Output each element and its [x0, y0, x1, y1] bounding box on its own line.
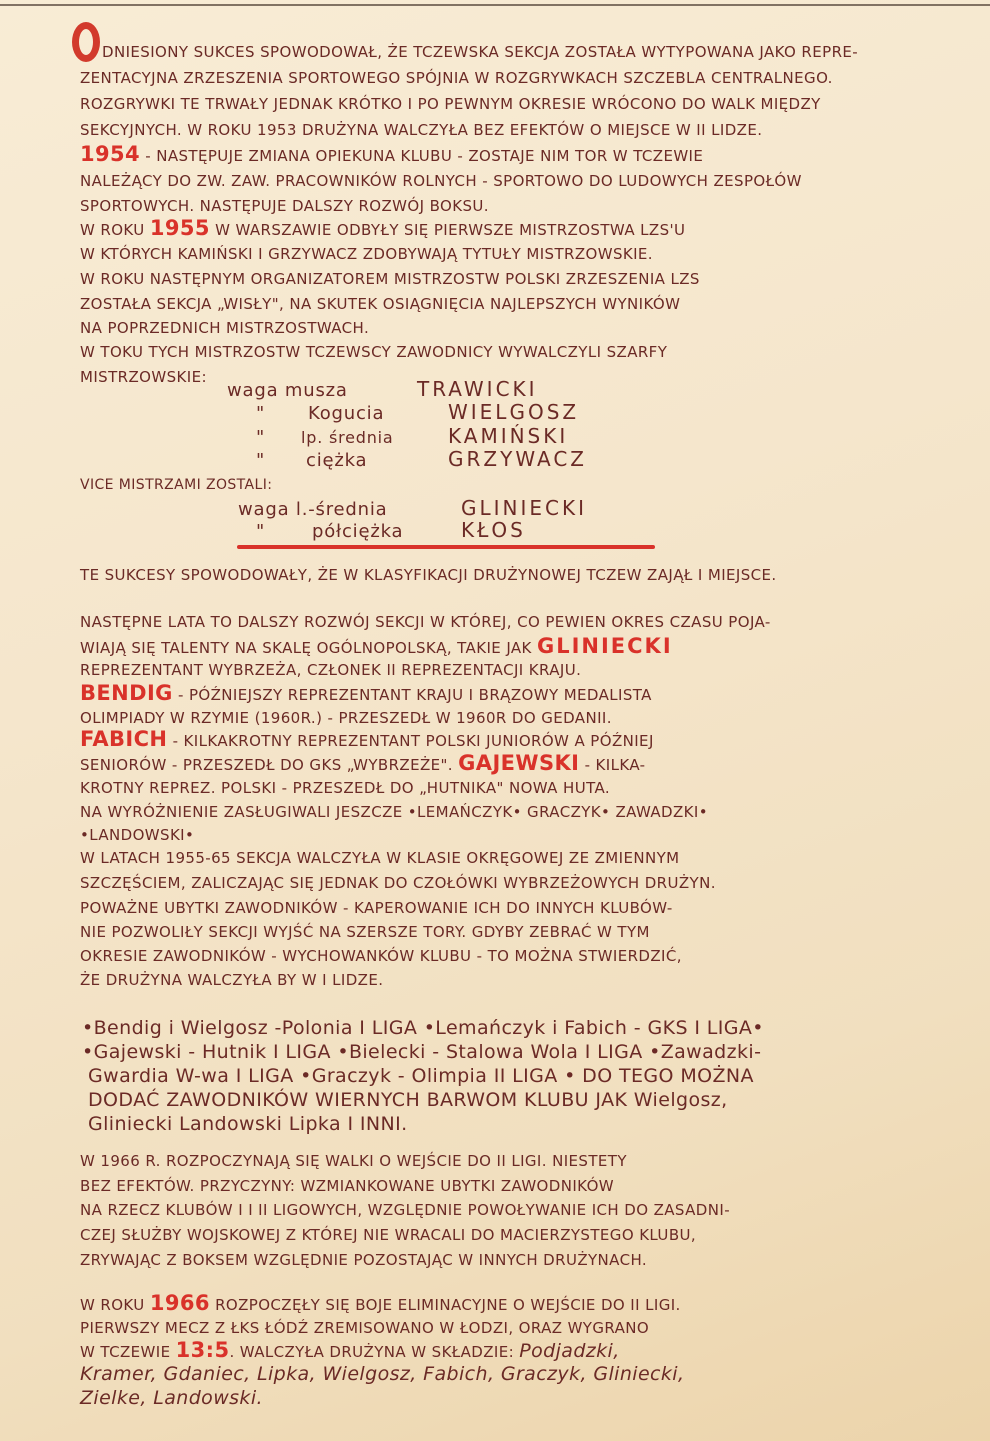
champion-row: "ciężkaGRZYWACZ: [256, 447, 587, 471]
para8-line2: BEZ EFEKTÓW. PRZYCZYNY: WZMIANKOWANE UBY…: [80, 1176, 614, 1196]
boxer-name: KŁOS: [461, 518, 526, 542]
year-1954: 1954: [80, 142, 140, 166]
para3-line1: W ROKU 1955 W WARSZAWIE ODBYŁY SIĘ PIERW…: [80, 218, 685, 240]
para5-text: - PÓŹNIEJSZY REPREZENTANT KRAJU I BRĄZOW…: [178, 686, 652, 704]
para5-line5: OLIMPIADY W RZYMIE (1960R.) - PRZESZEDŁ …: [80, 708, 612, 728]
para9-text: . WALCZYŁA DRUŻYNA W SKŁADZIE:: [229, 1343, 514, 1361]
para5-line2: WIAJĄ SIĘ TALENTY NA SKALĘ OGÓLNOPOLSKĄ,…: [80, 636, 673, 658]
champion-row: "lp. średniaKAMIŃSKI: [256, 424, 568, 448]
para4: TE SUKCESY SPOWODOWAŁY, ŻE W KLASYFIKACJ…: [80, 565, 777, 585]
vice-champion-row: waga l.-średniaGLINIECKI: [238, 496, 587, 520]
para7-line3: Gwardia W-wa I LIGA •Graczyk - Olimpia I…: [88, 1066, 754, 1086]
document-page: DNIESIONY SUKCES SPOWODOWAŁ, ŻE TCZEWSKA…: [0, 0, 990, 1441]
boxer-name: TRAWICKI: [417, 377, 538, 401]
para8-line1: W 1966 R. ROZPOCZYNAJĄ SIĘ WALKI O WEJŚC…: [80, 1151, 627, 1171]
year-1966: 1966: [150, 1291, 210, 1315]
para9-line3: W TCZEWIE 13:5. WALCZYŁA DRUŻYNA W SKŁAD…: [80, 1340, 620, 1362]
para2-text: - NASTĘPUJE ZMIANA OPIEKUNA KLUBU - ZOST…: [145, 147, 703, 165]
para9-line4: Kramer, Gdaniec, Lipka, Wielgosz, Fabich…: [80, 1364, 684, 1384]
year-1955: 1955: [150, 216, 210, 240]
para3-text: W WARSZAWIE ODBYŁY SIĘ PIERWSZE MISTRZOS…: [215, 221, 685, 239]
para1-line1: DNIESIONY SUKCES SPOWODOWAŁ, ŻE TCZEWSKA…: [102, 42, 858, 62]
para8-line4: CZEJ SŁUŻBY WOJSKOWEJ Z KTÓREJ NIE WRACA…: [80, 1225, 696, 1245]
dropcap-o: [72, 22, 100, 62]
weight-class: waga musza: [227, 380, 417, 401]
para2-line3: SPORTOWYCH. NASTĘPUJE DALSZY ROZWÓJ BOKS…: [80, 196, 489, 216]
para5-line8: KROTNY REPREZ. POLSKI - PRZESZEDŁ DO „HU…: [80, 778, 610, 798]
ditto-mark: ": [256, 521, 312, 542]
para2-line2: NALEŻĄCY DO Zw. Zaw. Pracowników Rolnych…: [80, 171, 802, 191]
para9-line2: PIERWSZY MECZ Z ŁKS ŁÓDŹ ZREMISOWANO W Ł…: [80, 1318, 649, 1338]
boxer-name: WIELGOSZ: [448, 400, 579, 424]
squad-names: Podjadzki,: [519, 1340, 619, 1362]
para7-line5: Gliniecki Landowski Lipka I INNI.: [88, 1114, 408, 1134]
para1-line3: ROZGRYWKI TE TRWAŁY JEDNAK KRÓTKO I PO P…: [80, 94, 821, 114]
champion-row: "KoguciaWIELGOSZ: [256, 400, 579, 424]
para3-line2: W KTÓRYCH KAMIŃSKI I GRZYWACZ ZDOBYWAJĄ …: [80, 244, 653, 264]
weight-class: ciężka: [306, 450, 448, 471]
para1-line4: SEKCYJNYCH. W ROKU 1953 DRUŻYNA WALCZYŁA…: [80, 120, 762, 140]
para6-line6: ŻE DRUŻYNA WALCZYŁA BY W I LIDZE.: [80, 970, 383, 990]
para8-line3: NA RZECZ KLUBÓW I i II LIGOWYCH, WZGLĘDN…: [80, 1200, 730, 1220]
para5-line3: REPREZENTANT WYBRZEŻA, CZŁONEK II REPREZ…: [80, 660, 581, 680]
page-top-edge: [0, 4, 990, 6]
para6-line1: W LATACH 1955-65 SEKCJA WALCZYŁA W KLASI…: [80, 848, 679, 868]
weight-class: waga l.-średnia: [238, 499, 461, 520]
weight-class: Kogucia: [308, 403, 448, 424]
para7-line2: •Gajewski - Hutnik I LIGA •Bielecki - St…: [82, 1042, 761, 1062]
para9-prefix: W ROKU: [80, 1296, 145, 1314]
para5-line10: •LANDOWSKI•: [80, 825, 194, 845]
boxer-name: GLINIECKI: [461, 496, 587, 520]
red-divider: [237, 545, 655, 549]
para8-line5: ZRYWAJĄC Z BOKSEM WZGLĘDNIE POZOSTAJĄC W…: [80, 1250, 647, 1270]
ditto-mark: ": [256, 450, 306, 471]
name-gajewski: GAJEWSKI: [458, 751, 579, 775]
para5-line1: NASTĘPNE LATA TO DALSZY ROZWÓJ SEKCJI W …: [80, 612, 771, 632]
vice-champion-row: "półciężkaKŁOS: [256, 518, 526, 542]
weight-class: lp. średnia: [301, 428, 448, 447]
para9-prefix: W TCZEWIE: [80, 1343, 170, 1361]
weight-class: półciężka: [312, 521, 461, 542]
para3-line4: ZOSTAŁA SEKCJA „WISŁY", NA SKUTEK OSIĄGN…: [80, 294, 680, 314]
para9-line1: W ROKU 1966 ROZPOCZĘŁY SIĘ BOJE ELIMINAC…: [80, 1293, 681, 1315]
para9-text: ROZPOCZĘŁY SIĘ BOJE ELIMINACYJNE O WEJŚC…: [215, 1296, 681, 1314]
ditto-mark: ": [256, 427, 301, 448]
boxer-name: KAMIŃSKI: [448, 424, 568, 448]
para6-line3: POWAŻNE UBYTKI ZAWODNIKÓW - KAPEROWANIE …: [80, 898, 673, 918]
score-13-5: 13:5: [176, 1338, 230, 1362]
para5-text: SENIORÓW - PRZESZEDŁ DO GKS „WYBRZEŻE".: [80, 756, 453, 774]
para3-line6: W TOKU TYCH MISTRZOSTW TCZEWSCY ZAWODNIC…: [80, 342, 667, 362]
para3-line7: MISTRZOWSKIE:: [80, 367, 207, 387]
para7-line1: •Bendig i Wielgosz -Polonia I LIGA •Lema…: [82, 1018, 764, 1038]
para5-text: - KILKA-: [585, 756, 646, 774]
name-bendig: BENDIG: [80, 681, 173, 705]
para3-line5: NA POPRZEDNICH MISTRZOSTWACH.: [80, 318, 369, 338]
para9-line5: Zielke, Landowski.: [80, 1388, 263, 1408]
para6-line5: OKRESIE ZAWODNIKÓW - WYCHOWANKÓW KLUBU -…: [80, 946, 682, 966]
para5-text: - KILKAKROTNY REPREZENTANT POLSKI JUNIOR…: [173, 732, 654, 750]
para6-line2: SZCZĘŚCIEM, ZALICZAJĄC SIĘ JEDNAK DO CZO…: [80, 873, 716, 893]
para5-line7: SENIORÓW - PRZESZEDŁ DO GKS „WYBRZEŻE". …: [80, 753, 645, 775]
vice-champions-label: VICE MISTRZAMI ZOSTALI:: [80, 475, 272, 495]
para5-line6: FABICH - KILKAKROTNY REPREZENTANT POLSKI…: [80, 729, 654, 751]
para5-line9: NA WYRÓŻNIENIE ZASŁUGIWALI JESZCZE •LEMA…: [80, 802, 708, 822]
para3-prefix: W ROKU: [80, 221, 145, 239]
para1-line2: ZENTACYJNA ZRZESZENIA SPORTOWEGO SPÓJNIA…: [80, 68, 833, 88]
para7-line4: DODAĆ ZAWODNIKÓW WIERNYCH BARWOM KLUBU J…: [88, 1090, 728, 1110]
boxer-name: GRZYWACZ: [448, 447, 587, 471]
para5-line4: BENDIG - PÓŹNIEJSZY REPREZENTANT KRAJU I…: [80, 683, 652, 705]
name-fabich: FABICH: [80, 727, 167, 751]
para5-text: WIAJĄ SIĘ TALENTY NA SKALĘ OGÓLNOPOLSKĄ,…: [80, 639, 532, 657]
para3-line3: W ROKU NASTĘPNYM ORGANIZATOREM MISTRZOST…: [80, 269, 700, 289]
para2-line1: 1954 - NASTĘPUJE ZMIANA OPIEKUNA KLUBU -…: [80, 144, 703, 166]
name-gliniecki: GLINIECKI: [537, 634, 673, 658]
champion-row: waga muszaTRAWICKI: [227, 377, 538, 401]
para6-line4: NIE POZWOLIŁY SEKCJI WYJŚĆ NA SZERSZE TO…: [80, 922, 650, 942]
ditto-mark: ": [256, 403, 308, 424]
